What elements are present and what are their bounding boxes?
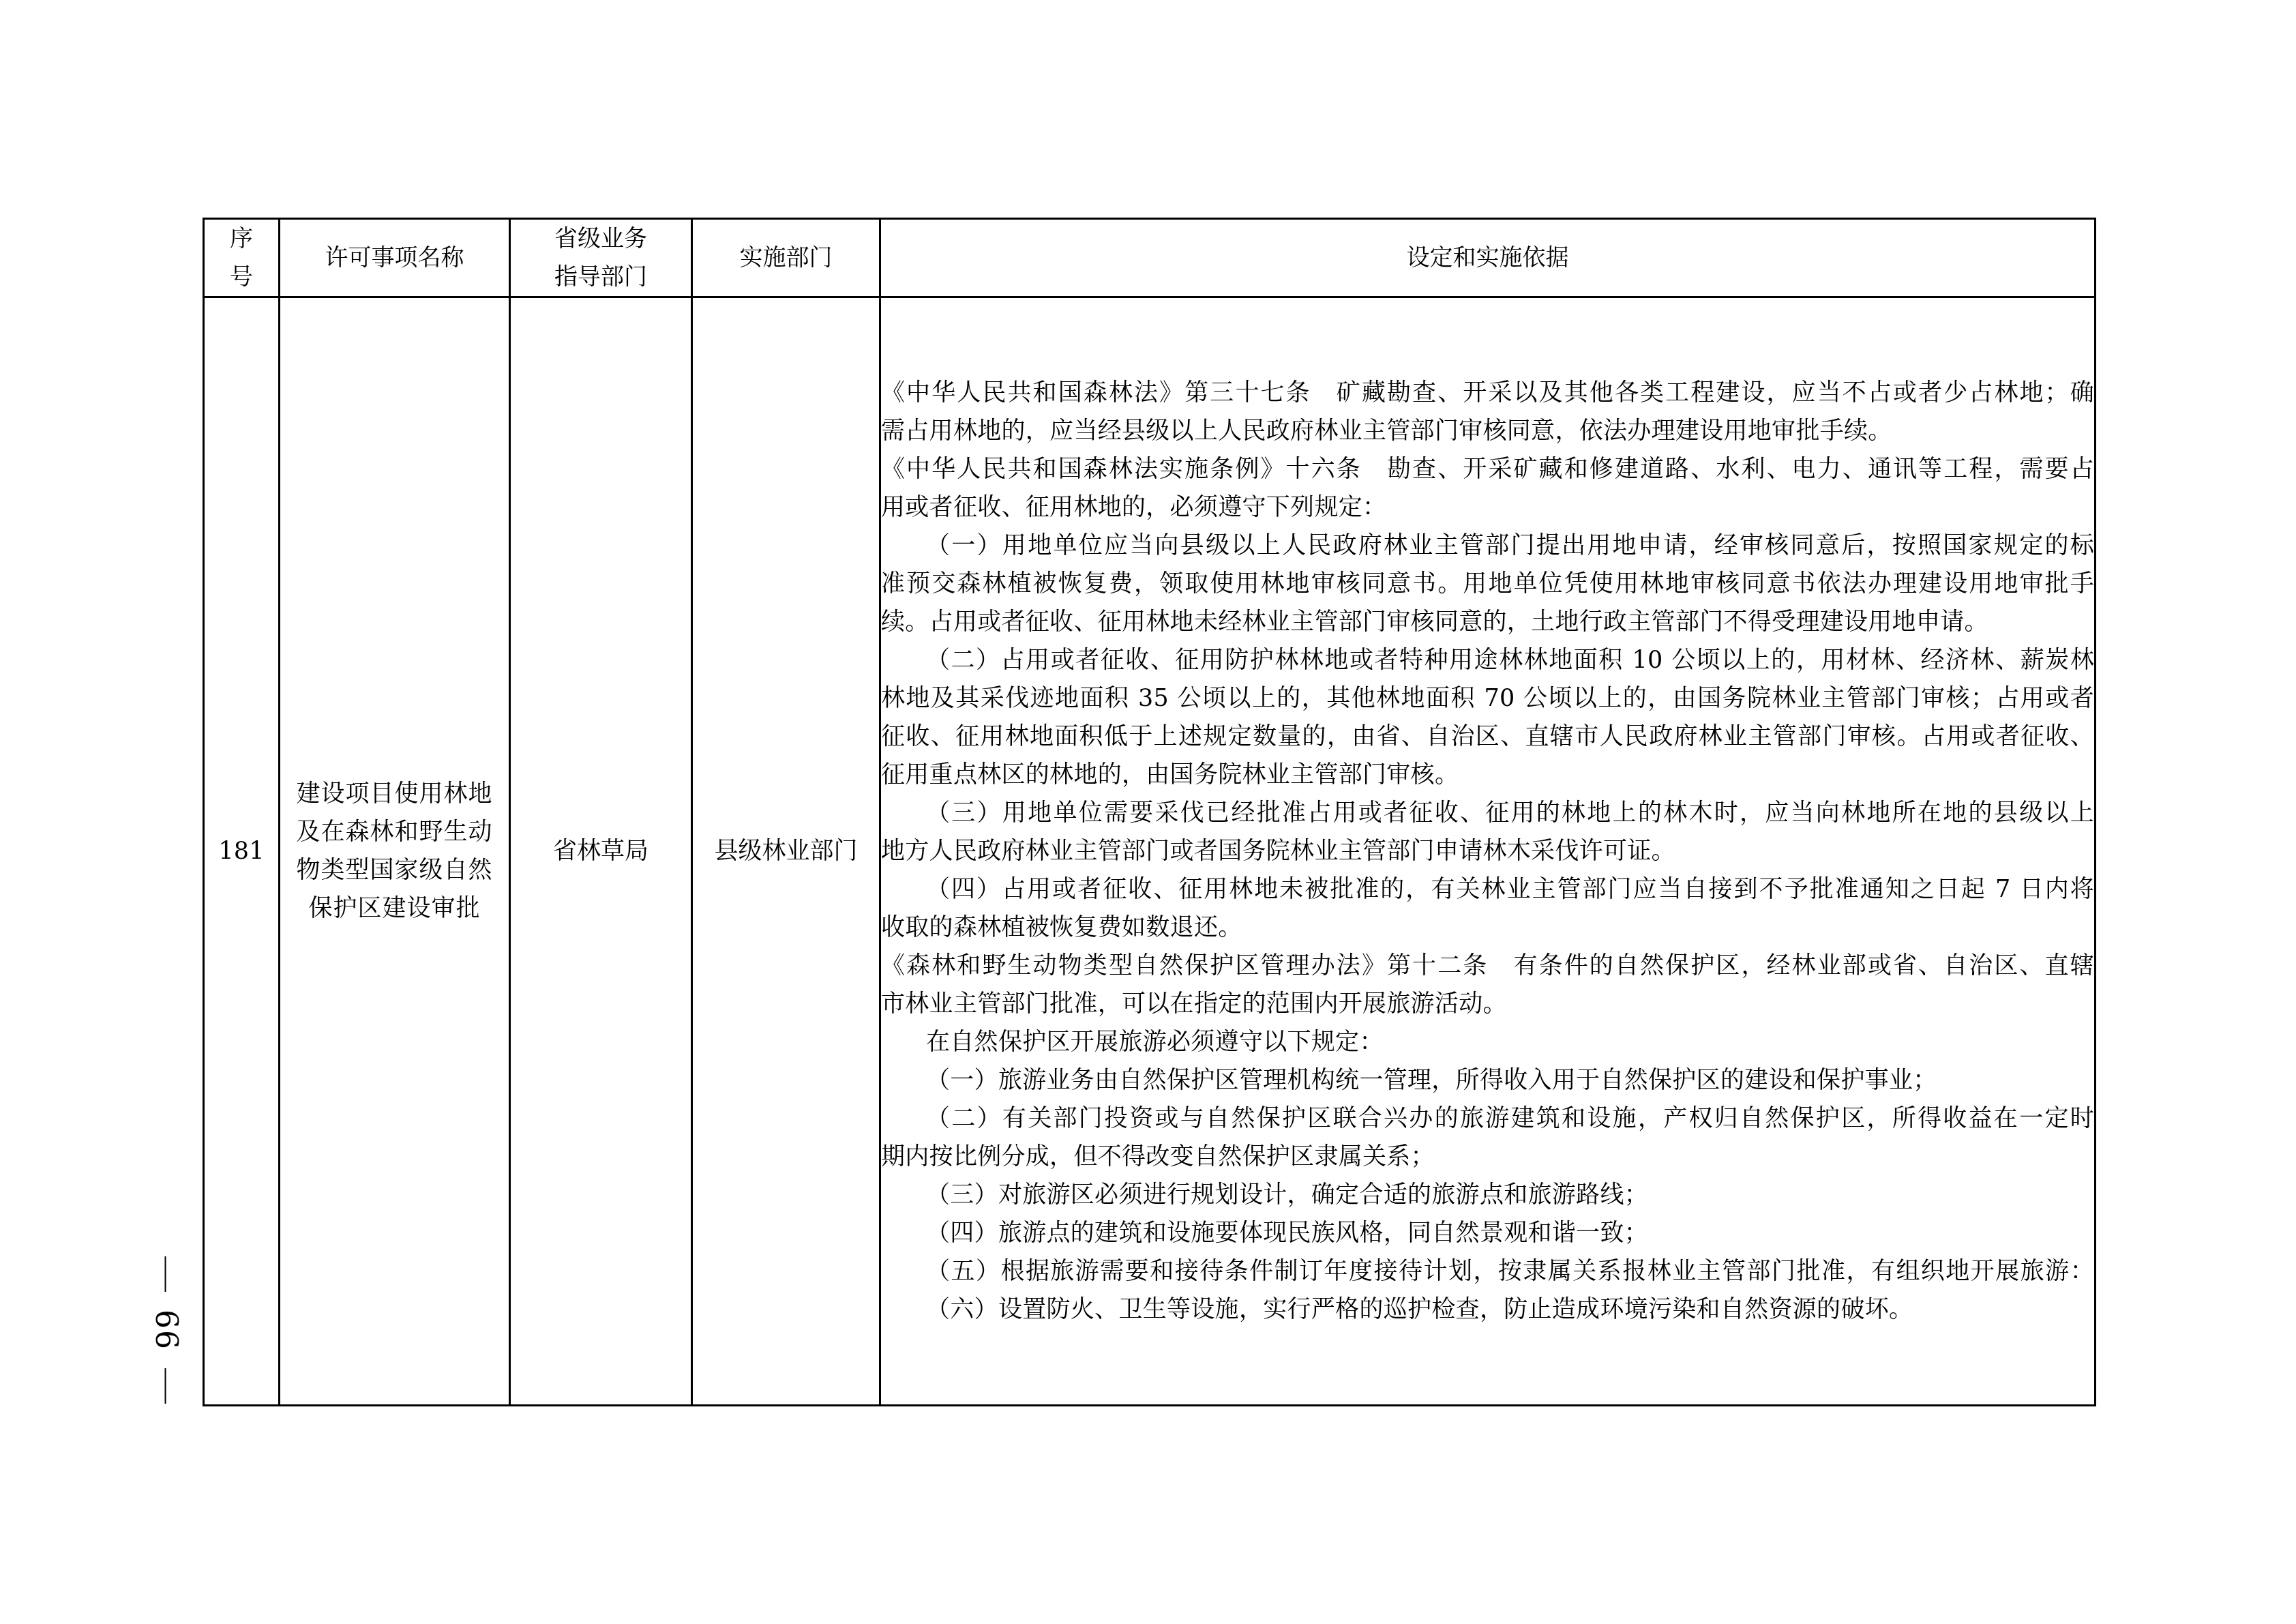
permit-name-line: 建设项目使用林地 xyxy=(280,775,509,813)
cell-impl-dept: 县级林业部门 xyxy=(692,297,880,1406)
header-guide-dept: 省级业务 指导部门 xyxy=(510,219,692,297)
cell-guide-dept: 省林草局 xyxy=(510,297,692,1406)
page-number-dash-left xyxy=(165,1256,166,1292)
basis-line: 续。占用或者征收、征用林地未经林业主管部门审核同意的，土地行政主管部门不得受理建… xyxy=(881,603,2094,641)
basis-line: 地方人民政府林业主管部门或者国务院林业主管部门申请林木采伐许可证。 xyxy=(881,832,2094,870)
permit-name-line: 及在森林和野生动 xyxy=(280,813,509,851)
cell-basis: 《中华人民共和国森林法》第三十七条 矿藏勘查、开采以及其他各类工程建设，应当不占… xyxy=(880,297,2096,1406)
permit-name-line: 保护区建设审批 xyxy=(280,889,509,928)
page-number-dash-right xyxy=(165,1368,166,1404)
header-seq-line1: 序 xyxy=(230,220,253,258)
header-seq-line2: 号 xyxy=(230,258,253,296)
basis-line: （二）有关部门投资或与自然保护区联合兴办的旅游建筑和设施，产权归自然保护区，所得… xyxy=(881,1099,2094,1138)
basis-line: （六）设置防火、卫生等设施，实行严格的巡护检查，防止造成环境污染和自然资源的破坏… xyxy=(881,1290,2094,1329)
basis-line: （四）占用或者征收、征用林地未被批准的，有关林业主管部门应当自接到不予批准通知之… xyxy=(881,870,2094,909)
header-guide-dept-line1: 省级业务 xyxy=(554,220,647,258)
cell-permit-name: 建设项目使用林地 及在森林和野生动 物类型国家级自然 保护区建设审批 xyxy=(280,297,510,1406)
basis-line: 《森林和野生动物类型自然保护区管理办法》第十二条 有条件的自然保护区，经林业部或… xyxy=(881,947,2094,985)
basis-line: 《中华人民共和国森林法》第三十七条 矿藏勘查、开采以及其他各类工程建设，应当不占… xyxy=(881,374,2094,412)
table-row: 181 建设项目使用林地 及在森林和野生动 物类型国家级自然 保护区建设审批 省… xyxy=(204,297,2096,1406)
basis-text: 《中华人民共和国森林法》第三十七条 矿藏勘查、开采以及其他各类工程建设，应当不占… xyxy=(881,374,2094,1329)
basis-line: 需占用林地的，应当经县级以上人民政府林业主管部门审核同意，依法办理建设用地审批手… xyxy=(881,412,2094,450)
basis-line: 准预交森林植被恢复费，领取使用林地审核同意书。用地单位凭使用林地审核同意书依法办… xyxy=(881,565,2094,603)
basis-line: 征收、征用林地面积低于上述规定数量的，由省、自治区、直辖市人民政府林业主管部门审… xyxy=(881,718,2094,756)
cell-seq: 181 xyxy=(204,297,280,1406)
basis-line: 期内按比例分成，但不得改变自然保护区隶属关系； xyxy=(881,1138,2094,1176)
basis-line: （三）对旅游区必须进行规划设计，确定合适的旅游点和旅游路线； xyxy=(881,1176,2094,1214)
basis-line: 在自然保护区开展旅游必须遵守以下规定： xyxy=(881,1023,2094,1061)
basis-line: （一）旅游业务由自然保护区管理机构统一管理，所得收入用于自然保护区的建设和保护事… xyxy=(881,1061,2094,1099)
page-number-value: 66 xyxy=(149,1310,183,1350)
basis-line: 《中华人民共和国森林法实施条例》十六条 勘查、开采矿藏和修建道路、水利、电力、通… xyxy=(881,450,2094,488)
header-seq: 序 号 xyxy=(204,219,280,297)
header-permit-name: 许可事项名称 xyxy=(280,219,510,297)
basis-line: （二）占用或者征收、征用防护林林地或者特种用途林林地面积 10 公顷以上的，用材… xyxy=(881,641,2094,679)
basis-line: （一）用地单位应当向县级以上人民政府林业主管部门提出用地申请，经审核同意后，按照… xyxy=(881,527,2094,565)
basis-line: 用或者征收、征用林地的，必须遵守下列规定： xyxy=(881,488,2094,527)
header-impl-dept: 实施部门 xyxy=(692,219,880,297)
permit-table: 序 号 许可事项名称 省级业务 指导部门 实施部门 设定和实施依据 181 建设… xyxy=(203,218,2096,1406)
header-guide-dept-line2: 指导部门 xyxy=(554,258,647,296)
basis-line: 收取的森林植被恢复费如数退还。 xyxy=(881,909,2094,947)
page-number: 66 xyxy=(149,1256,183,1404)
table-header-row: 序 号 许可事项名称 省级业务 指导部门 实施部门 设定和实施依据 xyxy=(204,219,2096,297)
basis-line: （四）旅游点的建筑和设施要体现民族风格，同自然景观和谐一致； xyxy=(881,1214,2094,1252)
basis-line: （五）根据旅游需要和接待条件制订年度接待计划，按隶属关系报林业主管部门批准，有组… xyxy=(881,1252,2094,1290)
header-basis: 设定和实施依据 xyxy=(880,219,2096,297)
basis-line: （三）用地单位需要采伐已经批准占用或者征收、征用的林地上的林木时，应当向林地所在… xyxy=(881,794,2094,832)
basis-line: 林地及其采伐迹地面积 35 公顷以上的，其他林地面积 70 公顷以上的，由国务院… xyxy=(881,679,2094,718)
permit-name-line: 物类型国家级自然 xyxy=(280,851,509,889)
basis-line: 征用重点林区的林地的，由国务院林业主管部门审核。 xyxy=(881,756,2094,794)
basis-line: 市林业主管部门批准，可以在指定的范围内开展旅游活动。 xyxy=(881,985,2094,1023)
